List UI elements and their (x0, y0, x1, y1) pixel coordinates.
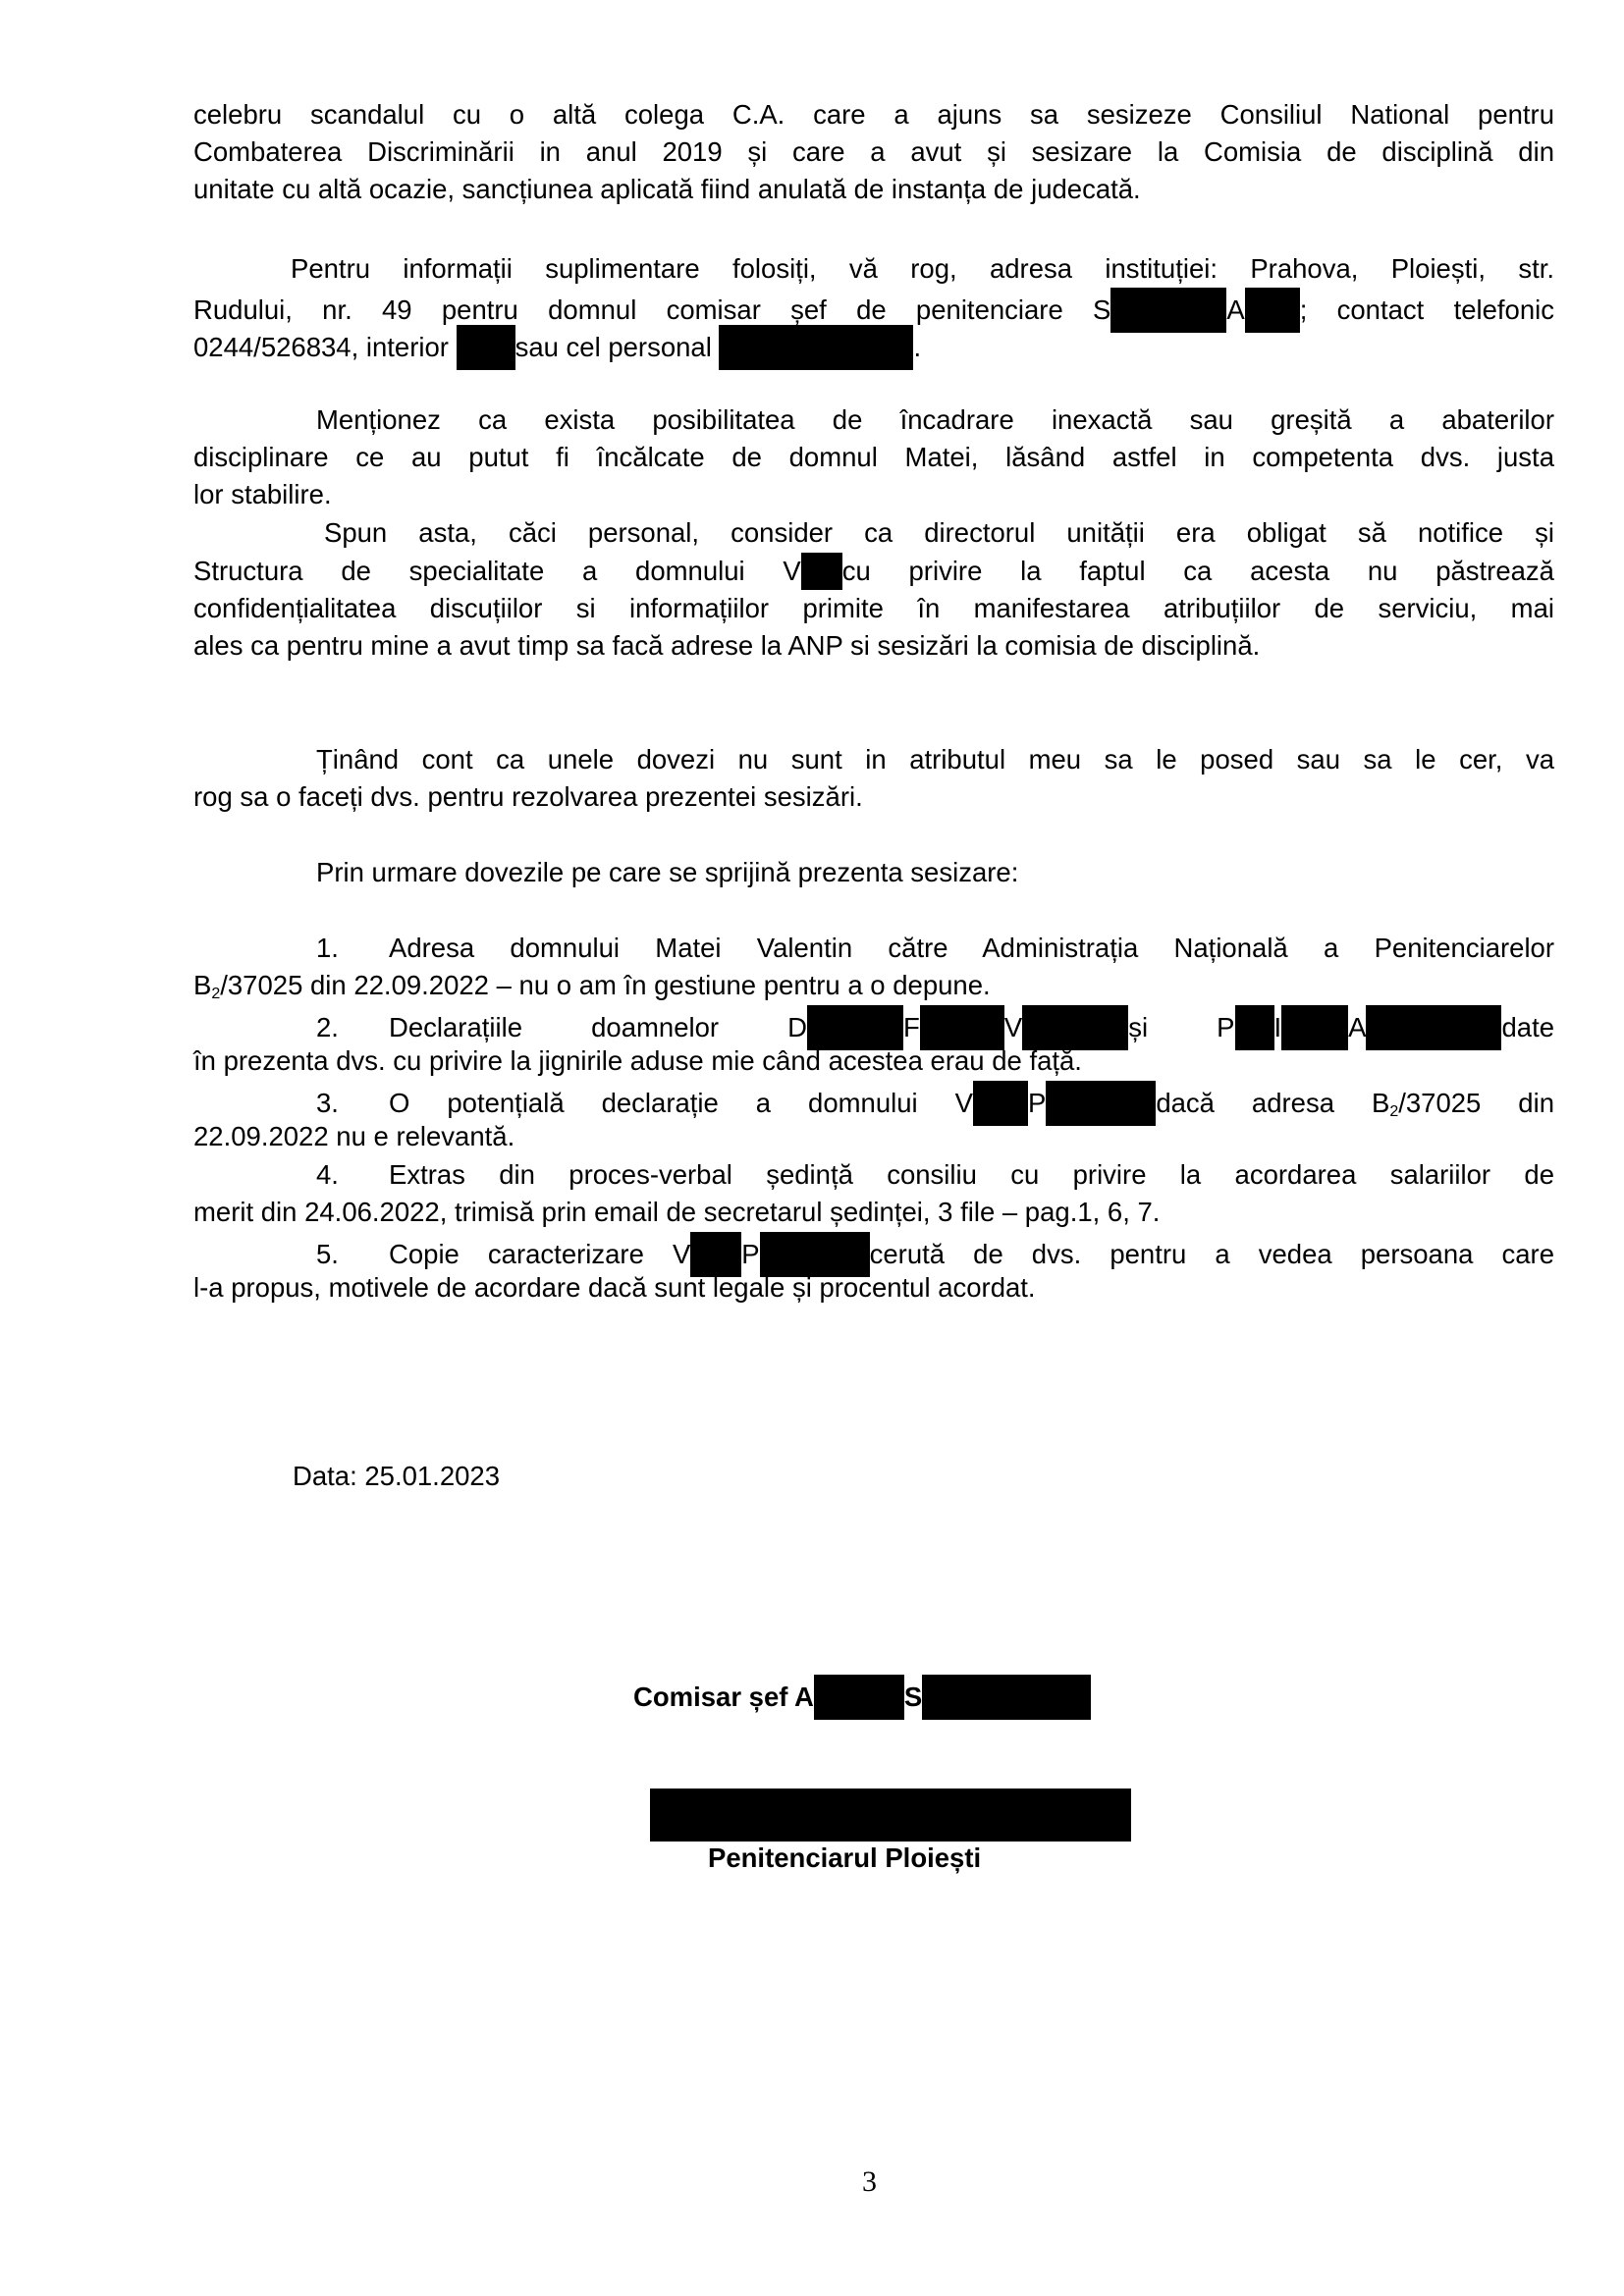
redaction-signature (650, 1789, 1131, 1842)
evidence-item-1: 1.Adresa domnului Matei Valentin către A… (316, 930, 1554, 967)
para2-line1: Pentru informații suplimentare folosiți,… (291, 250, 1554, 288)
evidence-item-4-line2: merit din 24.06.2022, trimisă prin email… (193, 1194, 1554, 1231)
page-number: 3 (862, 2165, 877, 2199)
evidence-item-4: 4.Extras din proces-verbal ședință consi… (316, 1156, 1554, 1194)
redaction (457, 325, 515, 370)
evidence-item-1-line2: B2/37025 din 22.09.2022 – nu o am în ges… (193, 967, 1554, 1004)
evidence-item-5-line2: l-a propus, motivele de acordare dacă su… (193, 1269, 1554, 1307)
para4-line2: Structura de specialitate a domnului Vcu… (193, 553, 1554, 590)
redaction (814, 1675, 904, 1720)
para4-line3: confidențialitatea discuțiilor si inform… (193, 590, 1554, 627)
para1-line2: Combaterea Discriminării in anul 2019 și… (193, 133, 1554, 171)
institution-name: Penitenciarul Ploiești (708, 1840, 1199, 1877)
para1-line3: unitate cu altă ocazie, sancțiunea aplic… (193, 171, 1554, 208)
redaction (801, 553, 842, 590)
para6-line: Prin urmare dovezile pe care se sprijină… (316, 854, 1554, 891)
redaction (922, 1675, 1091, 1720)
document-page: celebru scandalul cu o altă colega C.A. … (0, 0, 1624, 2296)
para5-line1: Ținând cont ca unele dovezi nu sunt in a… (316, 741, 1554, 778)
para4-line1: Spun asta, căci personal, consider ca di… (324, 514, 1554, 552)
para2-line3: 0244/526834, interior sau cel personal . (193, 325, 1554, 370)
para3-line1: Menționez ca exista posibilitatea de înc… (316, 401, 1554, 439)
date-line: Data: 25.01.2023 (293, 1458, 784, 1495)
para3-line2: disciplinare ce au putut fi încălcate de… (193, 439, 1554, 476)
para4-line4: ales ca pentru mine a avut timp sa facă … (193, 627, 1554, 665)
para1-line1: celebru scandalul cu o altă colega C.A. … (193, 96, 1554, 133)
signature-title: Comisar șef AS (633, 1675, 1222, 1720)
evidence-item-2-line2: în prezenta dvs. cu privire la jignirile… (193, 1042, 1554, 1080)
redaction (719, 325, 913, 370)
para3-line3: lor stabilire. (193, 476, 1554, 513)
para5-line2: rog sa o faceți dvs. pentru rezolvarea p… (193, 778, 1554, 816)
evidence-item-3-line2: 22.09.2022 nu e relevantă. (193, 1118, 1554, 1155)
